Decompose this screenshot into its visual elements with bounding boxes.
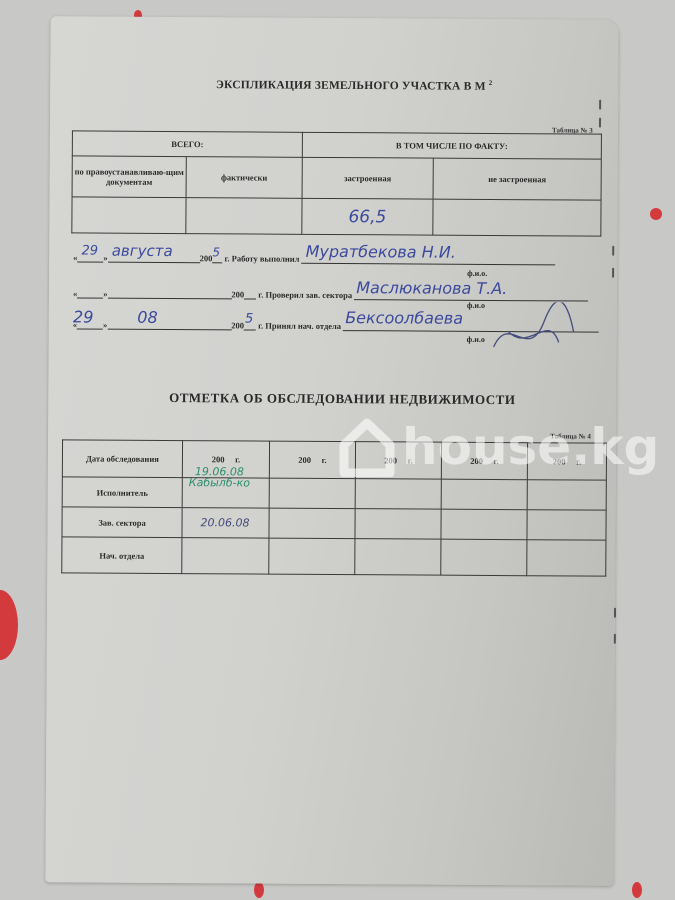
year-suffix: 5 bbox=[245, 311, 253, 326]
performed-label: г. Работу выполнил bbox=[225, 253, 300, 263]
month-handwritten: августа bbox=[112, 242, 173, 260]
date-header: 200 г. bbox=[384, 455, 412, 465]
empty-cell bbox=[441, 479, 527, 510]
explication-table: ВСЕГО: В ТОМ ЧИСЛЕ ПО ФАКТУ: по правоуст… bbox=[71, 130, 602, 236]
date-cell: 200 г. bbox=[269, 441, 355, 479]
row-label-sector-head: Зав. сектора bbox=[62, 507, 182, 538]
margin-mark bbox=[612, 246, 614, 256]
head-signature: Бексоолбаева bbox=[345, 308, 463, 328]
year-prefix: 200 bbox=[200, 253, 213, 263]
year-prefix: 200 bbox=[231, 320, 244, 330]
header-total: ВСЕГО: bbox=[72, 131, 302, 157]
survey-title: ОТМЕТКА ОБ ОБСЛЕДОВАНИИ НЕДВИЖИМОСТИ bbox=[58, 389, 626, 408]
empty-cell bbox=[269, 478, 355, 509]
empty-cell bbox=[527, 480, 606, 510]
empty-cell bbox=[355, 479, 441, 510]
background-dot bbox=[254, 882, 264, 898]
executor-cell: Кабылб-ко bbox=[182, 478, 269, 509]
col-actual: фактически bbox=[186, 157, 302, 199]
date-header: 200 г. bbox=[212, 454, 240, 464]
signoff-row-performed: «29»августа2005 г. Работу выполнил Мурат… bbox=[73, 249, 555, 265]
date-header: 200 г. bbox=[553, 456, 581, 466]
value-unbuilt bbox=[433, 199, 601, 236]
survey-table: Дата обследования 200 г. 19.06.08 200 г.… bbox=[61, 439, 607, 576]
year-prefix: 200 bbox=[231, 289, 244, 299]
day-handwritten: 29 bbox=[73, 307, 93, 326]
fio-caption: ф.и.о bbox=[467, 301, 485, 310]
background-dot bbox=[0, 590, 18, 660]
signature-scribble-icon bbox=[489, 302, 579, 363]
empty-cell bbox=[269, 508, 355, 539]
margin-mark bbox=[614, 608, 616, 618]
table4-label: Таблица № 4 bbox=[550, 432, 591, 440]
sector-head-date-handwritten: 20.06.08 bbox=[201, 516, 250, 529]
date-cell: 200 г. bbox=[441, 442, 527, 480]
row-label-date: Дата обследования bbox=[62, 440, 182, 478]
sector-head-cell: 20.06.08 bbox=[182, 508, 269, 539]
month-handwritten: 08 bbox=[137, 308, 157, 327]
empty-cell bbox=[355, 539, 441, 576]
empty-cell bbox=[182, 538, 269, 575]
empty-cell bbox=[441, 539, 527, 576]
fio-caption: ф.и.о bbox=[467, 335, 485, 344]
date-header: 200 г. bbox=[470, 456, 498, 466]
empty-cell bbox=[527, 510, 606, 540]
checker-signature: Маслюканова Т.А. bbox=[356, 278, 507, 298]
col-built: застроенная bbox=[302, 157, 433, 199]
empty-cell bbox=[269, 538, 355, 575]
margin-mark bbox=[599, 100, 601, 110]
row-label-department-head: Нач. отдела bbox=[62, 537, 182, 574]
fio-caption: ф.и.о. bbox=[467, 269, 487, 278]
checked-label: г. Проверил зав. сектора bbox=[258, 290, 352, 301]
performer-signature: Муратбекова Н.И. bbox=[306, 242, 456, 262]
value-legal-docs bbox=[72, 197, 186, 234]
explication-title: ЭКСПЛИКАЦИЯ ЗЕМЕЛЬНОГО УЧАСТКА В М 2 bbox=[70, 76, 638, 93]
date-cell: 200 г. bbox=[355, 442, 441, 480]
signoff-row-checked: «»200 г. Проверил зав. сектора Маслюкано… bbox=[73, 285, 588, 301]
date-header: 200 г. bbox=[298, 455, 326, 465]
date-cell: 200 г. 19.06.08 bbox=[182, 441, 269, 479]
background-dot bbox=[650, 208, 662, 220]
year-suffix: 5 bbox=[212, 245, 220, 259]
value-actual bbox=[186, 198, 302, 235]
empty-cell bbox=[355, 509, 441, 540]
margin-mark bbox=[612, 268, 614, 278]
row-label-executor: Исполнитель bbox=[62, 477, 182, 508]
header-fact: В ТОМ ЧИСЛЕ ПО ФАКТУ: bbox=[302, 132, 601, 159]
empty-cell bbox=[441, 509, 527, 540]
document-page: ЭКСПЛИКАЦИЯ ЗЕМЕЛЬНОГО УЧАСТКА В М 2 Таб… bbox=[45, 16, 618, 885]
value-built: 66,5 bbox=[302, 198, 433, 235]
background-dot bbox=[632, 882, 642, 898]
col-legal-docs: по правоустанавливаю-щим документам bbox=[72, 156, 186, 198]
accepted-label: г. Принял нач. отдела bbox=[258, 321, 341, 332]
date-cell: 200 г. bbox=[527, 443, 606, 480]
margin-mark bbox=[614, 634, 616, 644]
day-handwritten: 29 bbox=[81, 243, 98, 258]
executor-signature: Кабылб-ко bbox=[189, 476, 250, 489]
margin-mark bbox=[599, 118, 601, 128]
empty-cell bbox=[527, 540, 606, 576]
col-unbuilt: не застроенная bbox=[433, 158, 601, 200]
